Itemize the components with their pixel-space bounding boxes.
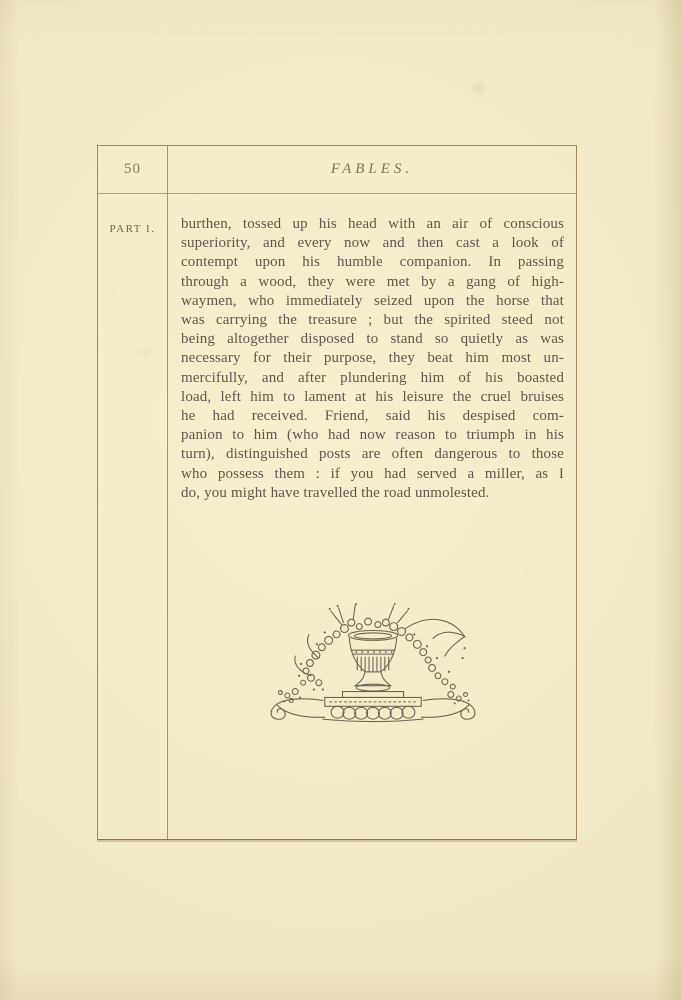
folio-cell: 50 xyxy=(98,146,168,193)
fable-paragraph: burthen, tossed up his head with an air … xyxy=(181,215,564,503)
paragraph-line: burthen, tossed up his head with an air … xyxy=(181,215,564,234)
text-column: burthen, tossed up his head with an air … xyxy=(168,194,576,839)
paragraph-line: was carrying the treasure ; but the spir… xyxy=(181,311,564,330)
paragraph-line: turn), distinguished posts are often dan… xyxy=(181,445,564,464)
paragraph-line: superiority, and every now and then cast… xyxy=(181,234,564,253)
running-title-cell: FABLES. xyxy=(168,146,576,193)
margin-column: PART I. xyxy=(98,194,168,839)
paragraph-line: waymen, who immediately seized upon the … xyxy=(181,292,564,311)
paragraph-line: mercifully, and after plundering him of … xyxy=(181,369,564,388)
page-number: 50 xyxy=(124,161,141,178)
paragraph-line: through a wood, they were met by a gang … xyxy=(181,273,564,292)
paragraph-line: load, left him to lament at his leisure … xyxy=(181,388,564,407)
part-label: PART I. xyxy=(110,223,156,235)
urn-flowers-engraving-icon xyxy=(259,599,487,727)
paragraph-line: do, you might have travelled the road un… xyxy=(181,484,564,503)
page-body: PART I. burthen, tossed up his head with… xyxy=(98,194,576,839)
scanned-book-page: { "page": { "folio": "50", "running_titl… xyxy=(0,0,681,1000)
paragraph-line: who possess them : if you had served a m… xyxy=(181,465,564,484)
paragraph-line: he had received. Friend, said his despis… xyxy=(181,407,564,426)
paragraph-line: necessary for their purpose, they beat h… xyxy=(181,349,564,368)
paragraph-line: panion to him (who had now reason to tri… xyxy=(181,426,564,445)
paragraph-line: being altogether disposed to stand so qu… xyxy=(181,330,564,349)
page-frame: 50 FABLES. PART I. burthen, tossed up hi… xyxy=(97,145,577,840)
running-title: FABLES. xyxy=(331,161,413,178)
page-header: 50 FABLES. xyxy=(98,146,576,194)
paragraph-line: contempt upon his humble companion. In p… xyxy=(181,253,564,272)
